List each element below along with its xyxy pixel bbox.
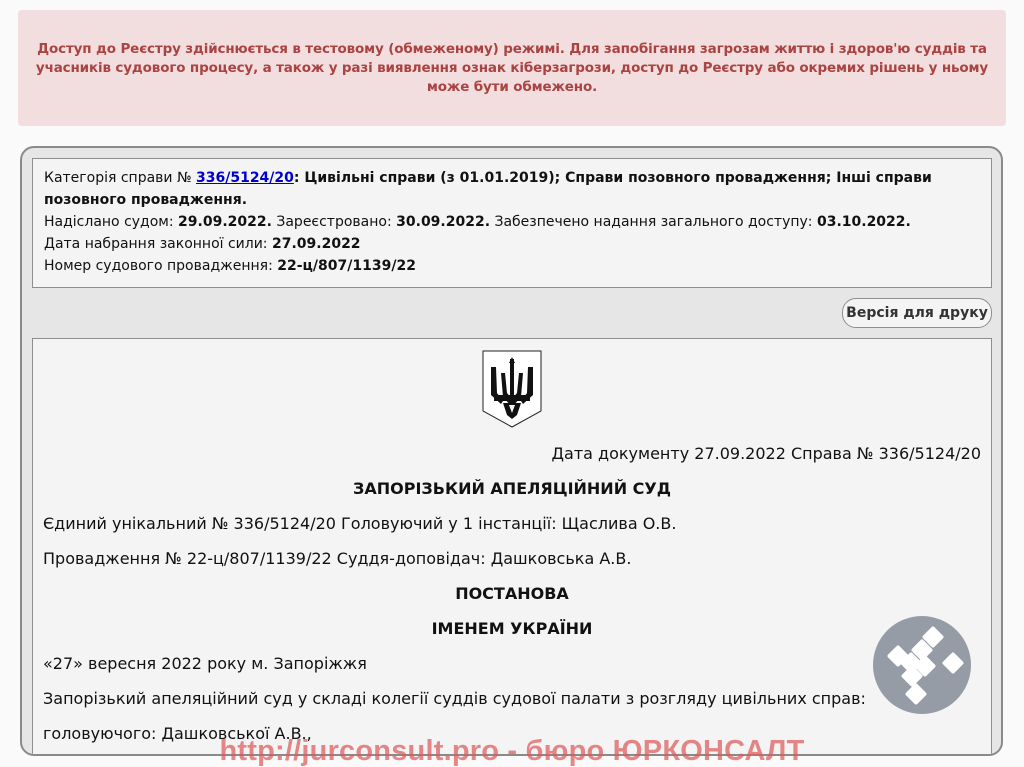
proceeding-line: Провадження № 22-ц/807/1139/22 Суддя-доп…	[43, 549, 631, 569]
ukraine-coat-of-arms-icon	[481, 349, 543, 429]
decision-document: Дата документу 27.09.2022 Справа № 336/5…	[32, 338, 992, 756]
access-notice-banner: Доступ до Реєстру здійснюється в тестово…	[18, 10, 1006, 126]
category-label: Категорія справи №	[44, 170, 192, 186]
case-dates-line: Надіслано судом: 29.09.2022. Зареєстрова…	[44, 211, 980, 233]
puzzle-logo-icon	[871, 614, 973, 716]
decision-container: Категорія справи № 336/5124/20: Цивільні…	[20, 146, 1003, 756]
access-notice-text: Доступ до Реєстру здійснюється в тестово…	[34, 40, 990, 97]
date-place-line: «27» вересня 2022 року м. Запоріжжя	[43, 654, 367, 674]
effective-date: 27.09.2022	[272, 236, 361, 252]
proceeding-number-line: Номер судового провадження: 22-ц/807/113…	[44, 255, 980, 277]
effective-date-line: Дата набрання законної сили: 27.09.2022	[44, 233, 980, 255]
proceeding-number: 22-ц/807/1139/22	[277, 258, 416, 274]
print-version-button[interactable]: Версія для друку	[842, 298, 992, 328]
document-date-line: Дата документу 27.09.2022 Справа № 336/5…	[552, 444, 981, 464]
sent-date: 29.09.2022.	[178, 214, 272, 230]
panel-composition-line: Запорізький апеляційний суд у складі кол…	[43, 689, 866, 709]
unique-number-line: Єдиний унікальний № 336/5124/20 Головуюч…	[43, 514, 676, 534]
in-name-heading: ІМЕНЕМ УКРАЇНИ	[33, 619, 991, 639]
case-info-panel: Категорія справи № 336/5124/20: Цивільні…	[32, 158, 992, 288]
sent-label: Надіслано судом:	[44, 214, 174, 230]
access-date: 03.10.2022.	[817, 214, 911, 230]
registered-date: 30.09.2022.	[396, 214, 490, 230]
presiding-judge-line: головуючого: Дашковської А.В.,	[43, 724, 312, 744]
access-label: Забезпечено надання загального доступу:	[494, 214, 812, 230]
court-name-heading: ЗАПОРІЗЬКИЙ АПЕЛЯЦІЙНИЙ СУД	[33, 479, 991, 499]
proceeding-label: Номер судового провадження:	[44, 258, 273, 274]
case-category-line: Категорія справи № 336/5124/20: Цивільні…	[44, 167, 980, 211]
document-type-heading: ПОСТАНОВА	[33, 584, 991, 604]
registered-label: Зареєстровано:	[276, 214, 391, 230]
effective-label: Дата набрання законної сили:	[44, 236, 268, 252]
case-number-link[interactable]: 336/5124/20	[196, 170, 294, 186]
